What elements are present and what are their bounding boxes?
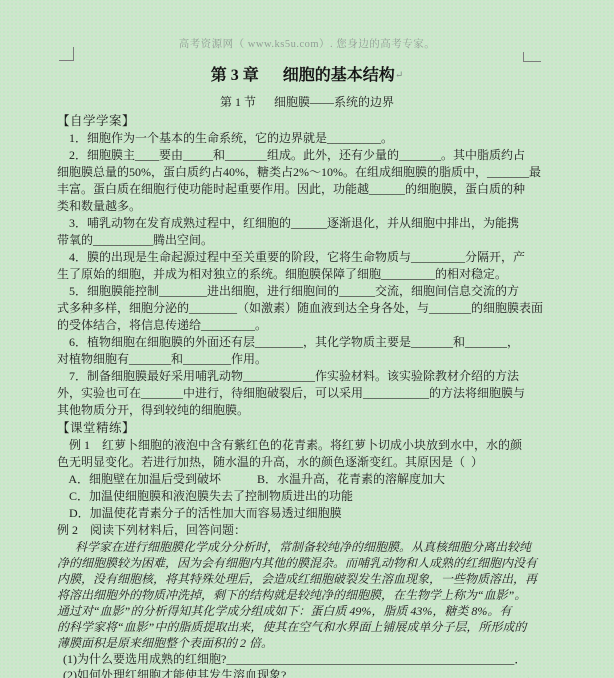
- margin-crop-mark-left: [59, 47, 74, 61]
- watermark-text: 高考资源网（ www.ks5u.com）. 您身边的高考专家。: [0, 36, 614, 51]
- study-plan-line: 7．制备细胞膜最好采用哺乳动物____________作实验材料。该实验除教材介…: [57, 368, 567, 385]
- example1-line: 例 1 红萝卜细胞的液泡中含有紫红色的花青素。将红萝卜切成小块放到水中，水的颜: [57, 437, 567, 454]
- material-line: 净的细胞膜较为困难，因为会有细胞内其他的膜混杂。而哺乳动物和人成熟的红细胞内没有: [57, 555, 567, 571]
- study-plan-line: 4．膜的出现是生命起源过程中至关重要的阶段，它将生命物质与_________分隔…: [57, 249, 567, 266]
- option-line-a-b: A．细胞壁在加温后受到破坏 B．水温升高，花青素的溶解度加大: [57, 471, 567, 488]
- material-line: 薄膜面积是原来细胞整个表面积的 2 倍。: [57, 635, 567, 651]
- study-plan-line: 3．哺乳动物在发育成熟过程中，红细胞的______逐渐退化，并从细胞中排出，为能…: [57, 215, 567, 232]
- study-plan-line: 带氧的__________腾出空间。: [57, 232, 567, 249]
- material-line: 的科学家将“血影”中的脂质提取出来，使其在空气和水界面上铺展成单分子层，所形成的: [57, 619, 567, 635]
- document-page: 高考资源网（ www.ks5u.com）. 您身边的高考专家。 第 3 章 细胞…: [0, 0, 614, 678]
- example1-line: 色无明显变化。若进行加热，随水温的升高，水的颜色逐渐变红。其原因是（ ）: [57, 454, 567, 471]
- study-plan-line: 对植物细胞有_______和________作用。: [57, 351, 567, 368]
- material-line: 科学家在进行细胞膜化学成分分析时，常制备较纯净的细胞膜。从真核细胞分离出较纯: [57, 539, 567, 555]
- study-plan-line: 5．细胞膜能控制________进出细胞，进行细胞间的______交流，细胞间信…: [57, 283, 567, 300]
- paragraph-return-icon: ↵: [395, 70, 403, 81]
- question-line: (1)为什么要选用成熟的红细胞?________________________…: [57, 651, 567, 667]
- question-line: (2)如何处理红细胞才能使其发生溶血现象?___________________…: [57, 667, 567, 678]
- margin-crop-mark-right: [523, 52, 541, 62]
- study-plan-line: 1．细胞作为一个基本的生命系统，它的边界就是_________。: [57, 130, 567, 147]
- chapter-title: 第 3 章 细胞的基本结构↵: [0, 62, 614, 85]
- practice-heading: 【课堂精练】: [57, 419, 567, 437]
- study-plan-line: 细胞膜总量的50%，蛋白质约占40%，糖类占2%～10%。在组成细胞膜的脂质中，…: [57, 164, 567, 181]
- material-line: 将溶出细胞外的物质冲洗掉，剩下的结构就是较纯净的细胞膜，在生物学上称为“血影”。: [57, 587, 567, 603]
- section-title: 第 1 节 细胞膜——系统的边界: [0, 93, 614, 110]
- study-plan-line: 外，实验也可在_______中进行，待细胞破裂后，可以采用___________…: [57, 385, 567, 402]
- document-body: 【自学学案】 1．细胞作为一个基本的生命系统，它的边界就是_________。 …: [57, 112, 567, 678]
- study-plan-line: 式多种多样，细胞分泌的________（如激素）随血液到达全身各处，与_____…: [57, 300, 567, 317]
- chapter-title-text: 第 3 章 细胞的基本结构: [211, 67, 395, 84]
- study-plan-line: 的受体结合，将信息传递给_________。: [57, 317, 567, 334]
- material-line: 内膜，没有细胞核，将其特殊处理后，会造成红细胞破裂发生溶血现象，一些物质溶出，再: [57, 571, 567, 587]
- study-plan-line: 类和数量越多。: [57, 198, 567, 215]
- option-line-d: D．加温使花青素分子的活性加大而容易透过细胞膜: [57, 505, 567, 522]
- study-plan-heading: 【自学学案】: [57, 112, 567, 130]
- study-plan-line: 2．细胞膜主____要由_____和_______组成。此外，还有少量的____…: [57, 147, 567, 164]
- example2-intro: 例 2 阅读下列材料后，回答问题：: [57, 522, 567, 539]
- option-line-c: C．加温使细胞膜和液泡膜失去了控制物质进出的功能: [57, 488, 567, 505]
- study-plan-line: 生了原始的细胞，并成为相对独立的系统。细胞膜保障了细胞_________的相对稳…: [57, 266, 567, 283]
- study-plan-line: 6．植物细胞在细胞膜的外面还有层________，其化学物质主要是_______…: [57, 334, 567, 351]
- study-plan-line: 丰富。蛋白质在细胞行使功能时起重要作用。因此，功能越______的细胞膜，蛋白质…: [57, 181, 567, 198]
- study-plan-line: 其他物质分开，得到较纯的细胞膜。: [57, 402, 567, 419]
- material-line: 通过对“血影”的分析得知其化学成分组成如下：蛋白质 49%，脂质 43%，糖类 …: [57, 603, 567, 619]
